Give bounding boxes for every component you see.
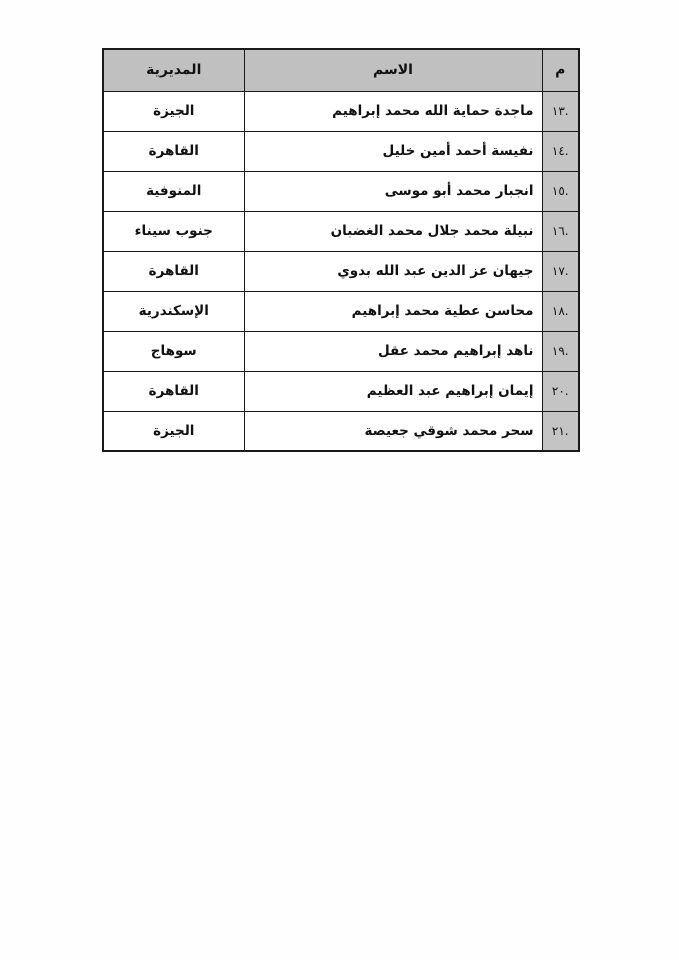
row-name: ناهد إبراهيم محمد عقل [244, 331, 542, 371]
row-number: .١٧ [542, 251, 579, 291]
row-number: .٢٠ [542, 371, 579, 411]
row-directorate: الإسكندرية [103, 291, 244, 331]
header-row: م الاسم المديرية [103, 49, 579, 91]
table-row: .١٤ نفيسة أحمد أمين خليل القاهرة [103, 131, 579, 171]
row-name: نبيلة محمد جلال محمد الغضبان [244, 211, 542, 251]
header-name: الاسم [244, 49, 542, 91]
table-row: .١٥ انجبار محمد أبو موسى المنوفية [103, 171, 579, 211]
table-row: .٢٠ إيمان إبراهيم عبد العظيم القاهرة [103, 371, 579, 411]
row-number: .١٤ [542, 131, 579, 171]
row-directorate: سوهاج [103, 331, 244, 371]
table-row: .١٣ ماجدة حماية الله محمد إبراهيم الجيزة [103, 91, 579, 131]
row-directorate: المنوفية [103, 171, 244, 211]
row-directorate: القاهرة [103, 131, 244, 171]
roster-table: م الاسم المديرية .١٣ ماجدة حماية الله مح… [102, 48, 580, 452]
row-name: سحر محمد شوقي جعيصة [244, 411, 542, 451]
table-row: .١٦ نبيلة محمد جلال محمد الغضبان جنوب سي… [103, 211, 579, 251]
row-number: .٢١ [542, 411, 579, 451]
row-name: انجبار محمد أبو موسى [244, 171, 542, 211]
row-directorate: جنوب سيناء [103, 211, 244, 251]
table-row: .٢١ سحر محمد شوقي جعيصة الجيزة [103, 411, 579, 451]
row-number: .١٥ [542, 171, 579, 211]
header-directorate: المديرية [103, 49, 244, 91]
table-row: .١٨ محاسن عطية محمد إبراهيم الإسكندرية [103, 291, 579, 331]
row-directorate: القاهرة [103, 251, 244, 291]
row-name: جيهان عز الدين عبد الله بدوي [244, 251, 542, 291]
row-number: .١٩ [542, 331, 579, 371]
row-number: .١٦ [542, 211, 579, 251]
row-directorate: الجيزة [103, 411, 244, 451]
table-row: .١٩ ناهد إبراهيم محمد عقل سوهاج [103, 331, 579, 371]
row-directorate: الجيزة [103, 91, 244, 131]
table-row: .١٧ جيهان عز الدين عبد الله بدوي القاهرة [103, 251, 579, 291]
row-number: .١٣ [542, 91, 579, 131]
header-number: م [542, 49, 579, 91]
row-number: .١٨ [542, 291, 579, 331]
row-name: إيمان إبراهيم عبد العظيم [244, 371, 542, 411]
row-name: محاسن عطية محمد إبراهيم [244, 291, 542, 331]
row-name: ماجدة حماية الله محمد إبراهيم [244, 91, 542, 131]
document-page: م الاسم المديرية .١٣ ماجدة حماية الله مح… [0, 0, 679, 960]
row-directorate: القاهرة [103, 371, 244, 411]
row-name: نفيسة أحمد أمين خليل [244, 131, 542, 171]
